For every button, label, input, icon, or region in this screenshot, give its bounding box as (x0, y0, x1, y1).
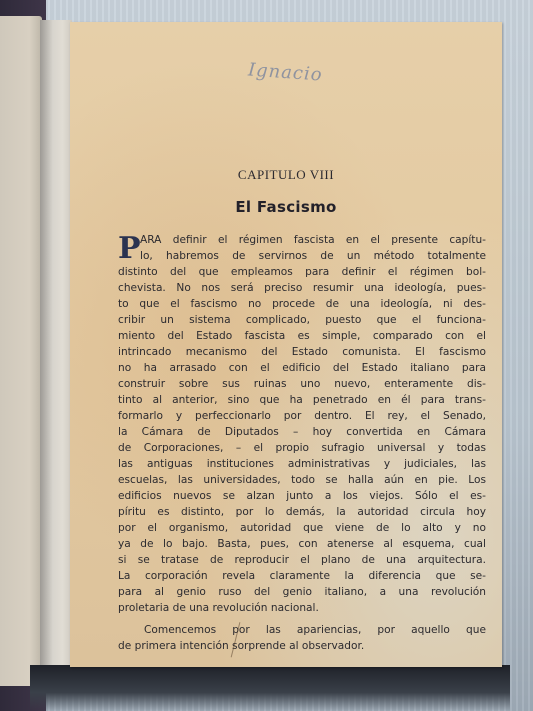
text-line: lo, habremos de servirnos de un método t… (118, 248, 486, 264)
text-line: proletaria de una revolución nacional. (118, 600, 486, 616)
text-line: La corporación revela claramente la dife… (118, 568, 486, 584)
paragraph-2: Comencemos por las apariencias, por aque… (118, 622, 486, 654)
text-line: la Cámara de Diputados – hoy convertida … (118, 424, 486, 440)
text-line: si se tratase de reproducir el plano de … (118, 552, 486, 568)
text-line: ARA definir el régimen fascista en el pr… (118, 232, 486, 248)
left-page-stack (0, 16, 42, 686)
text-line: edificios nuevos se alzan junto a los vi… (118, 488, 486, 504)
text-line: cribir un sistema complicado, puesto que… (118, 312, 486, 328)
chapter-label: CAPITULO VIII (70, 167, 502, 183)
text-line: to que el fascismo no procede de una ide… (118, 296, 486, 312)
text-line: distinto del que empleamos para definir … (118, 264, 486, 280)
book-gutter (40, 20, 72, 670)
text-line: tinto al anterior, sino que ha penetrado… (118, 392, 486, 408)
book-page: Ignacio CAPITULO VIII El Fascismo P ARA … (70, 22, 502, 667)
chapter-title: El Fascismo (70, 198, 502, 216)
text-line: de primera intención sorprende al observ… (118, 638, 486, 654)
text-line: para al genio ruso del genio italiano, a… (118, 584, 486, 600)
text-line: formarlo y perfeccionarlo por dentro. El… (118, 408, 486, 424)
text-line: escuelas, las universidades, todo se hal… (118, 472, 486, 488)
text-line: ya de lo bajo. Basta, pues, con atenerse… (118, 536, 486, 552)
text-line: de Corporaciones, – el propio sufragio u… (118, 440, 486, 456)
text-line: Comencemos por las apariencias, por aque… (118, 622, 486, 638)
text-line: las antiguas instituciones administrativ… (118, 456, 486, 472)
text-line: por el organismo, autoridad que viene de… (118, 520, 486, 536)
text-line: intrincado mecanismo del Estado comunist… (118, 344, 486, 360)
handwritten-signature: Ignacio (247, 59, 323, 85)
chapter-body: P ARA definir el régimen fascista en el … (118, 232, 486, 654)
book-shadow (30, 665, 510, 711)
text-line: miento del Estado fascista es simple, co… (118, 328, 486, 344)
text-line: chevista. No nos será preciso resumir un… (118, 280, 486, 296)
drop-cap: P (118, 234, 141, 264)
text-line: píritu es distinto, por lo demás, la aut… (118, 504, 486, 520)
text-line: no ha arrasado con el edificio del Estad… (118, 360, 486, 376)
paragraph-1: ARA definir el régimen fascista en el pr… (118, 232, 486, 616)
text-line: construir sobre sus ruinas uno nuevo, en… (118, 376, 486, 392)
